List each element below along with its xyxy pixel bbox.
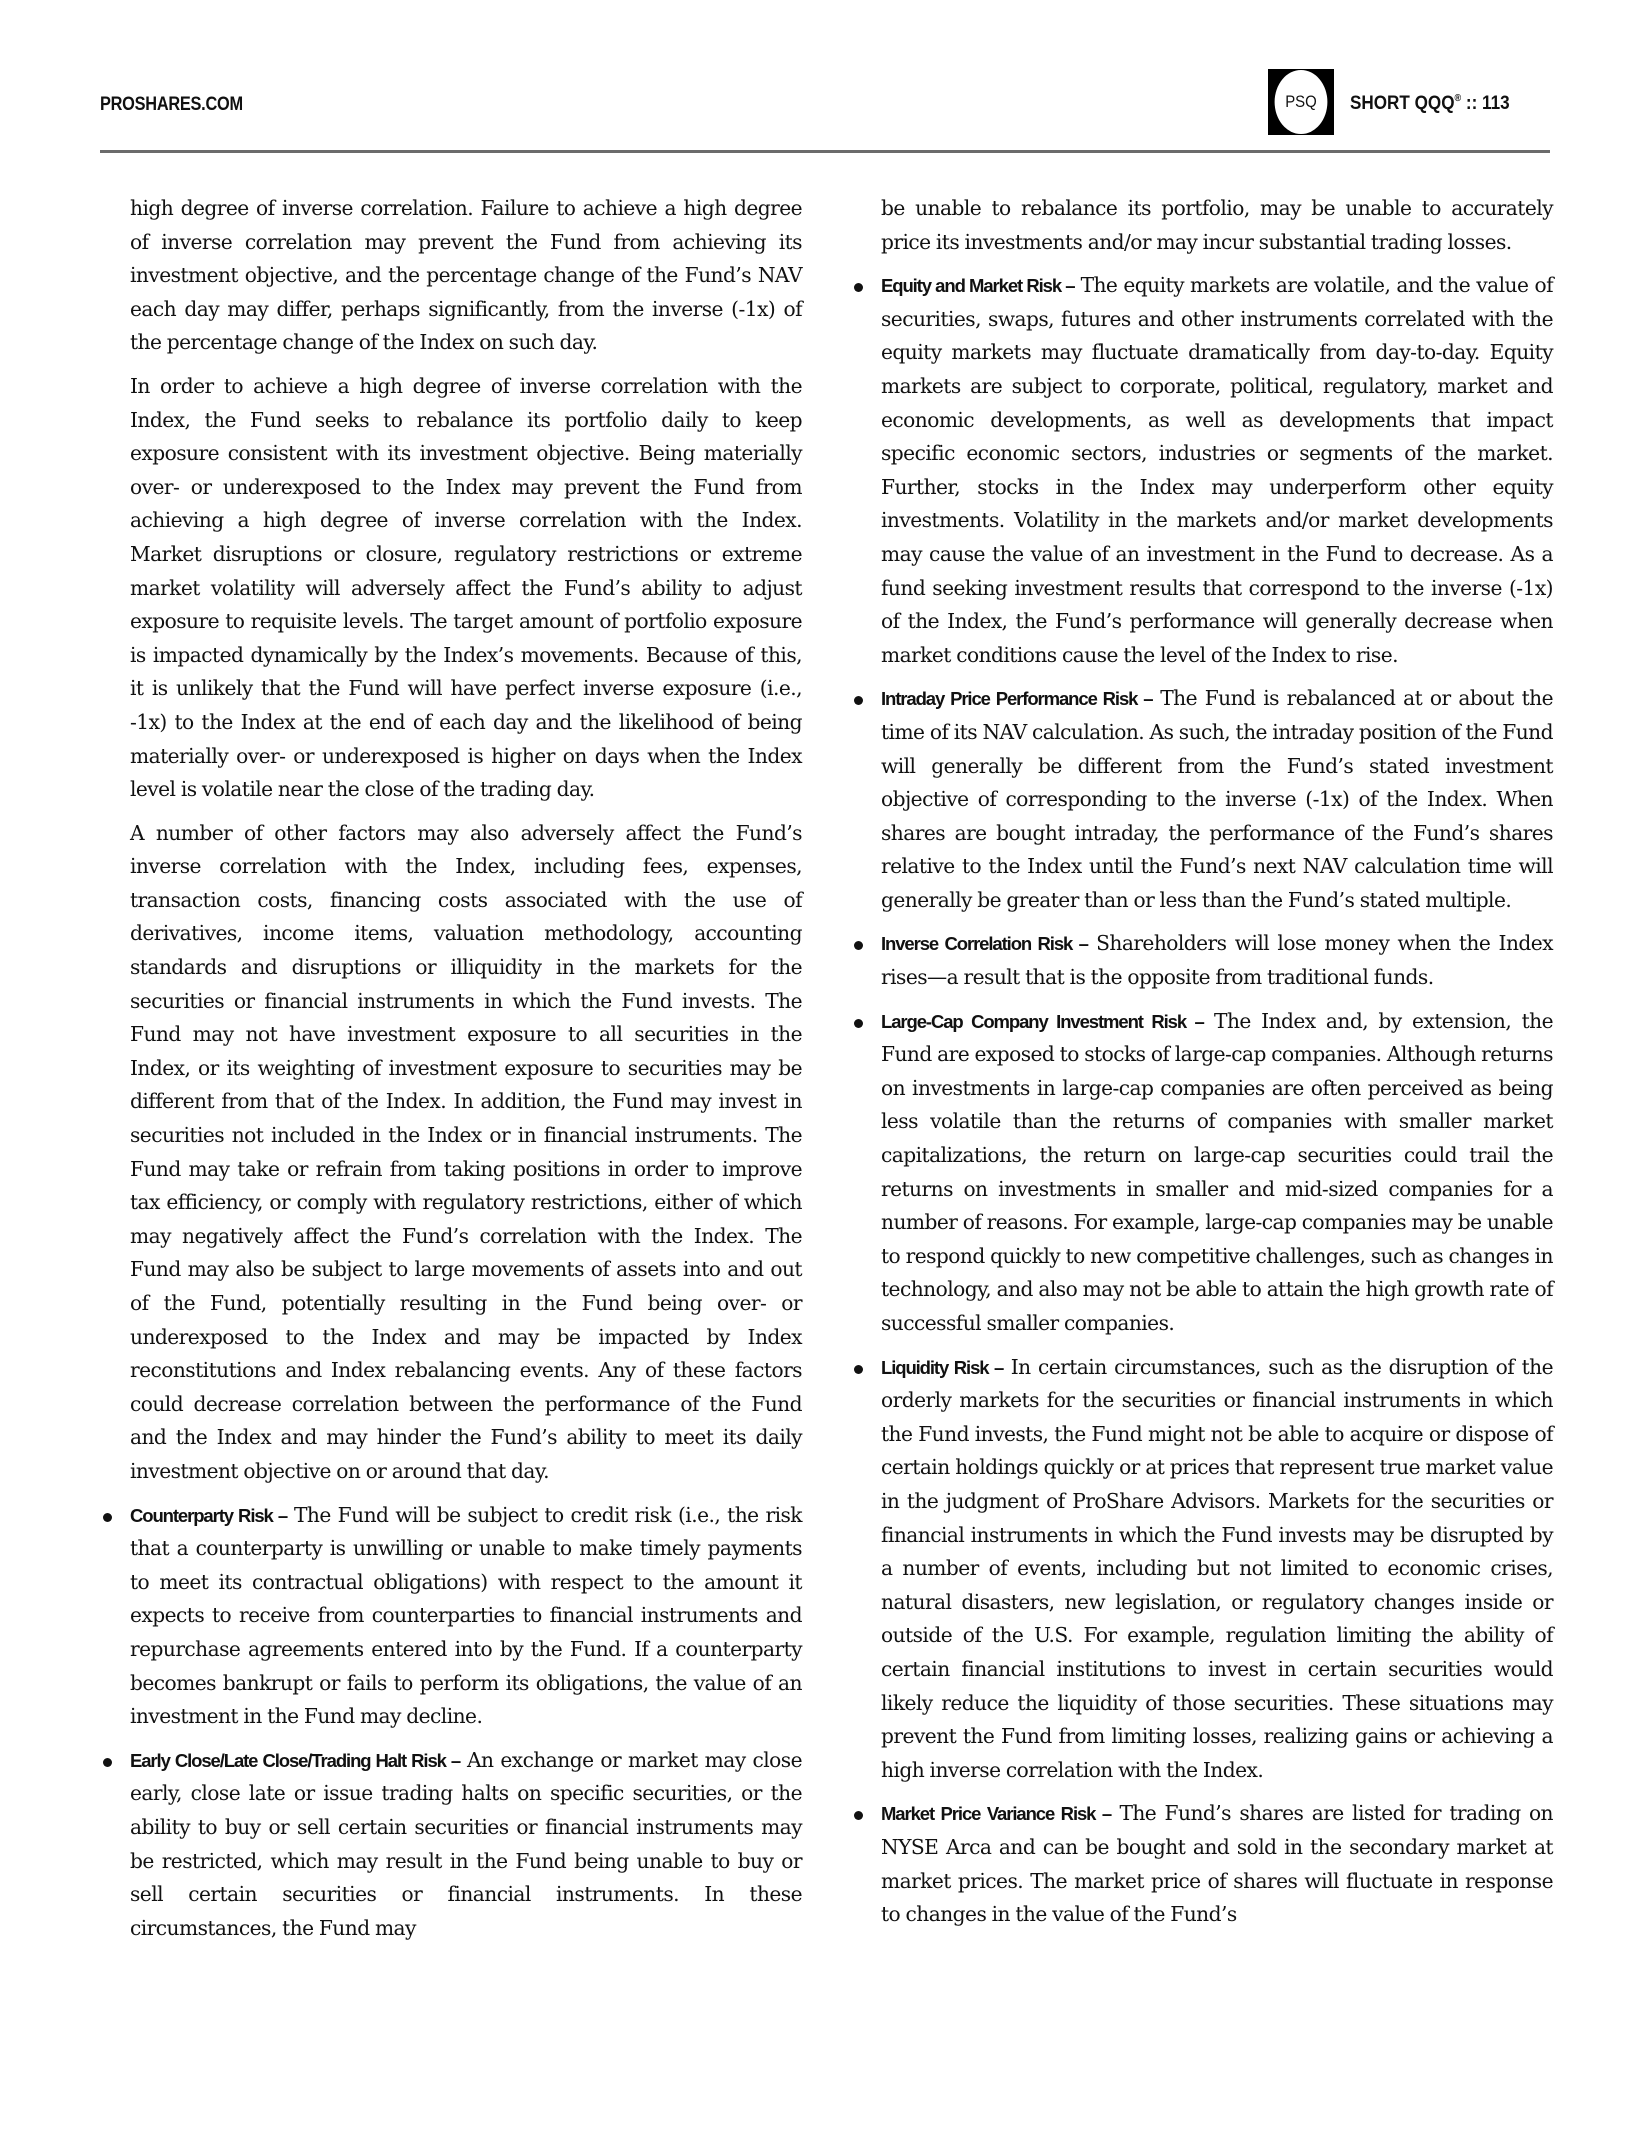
ticker-circle-icon: PSQ: [1275, 70, 1328, 134]
risk-item-inverse-correlation: Inverse Correlation Risk – Shareholders …: [881, 927, 1553, 994]
risk-text: The Fund will be subject to credit risk …: [130, 1503, 802, 1729]
bullet-icon: [854, 1019, 863, 1028]
risk-term: Counterparty Risk –: [130, 1505, 287, 1526]
risk-item-market-price-variance: Market Price Variance Risk – The Fund’s …: [881, 1797, 1553, 1931]
risk-text: An exchange or market may close early, c…: [130, 1748, 802, 1940]
registered-mark: ®: [1455, 93, 1462, 104]
bullet-icon: [854, 696, 863, 705]
right-column: be unable to rebalance its portfolio, ma…: [881, 192, 1553, 1942]
risk-item-counterparty: Counterparty Risk – The Fund will be sub…: [130, 1499, 802, 1734]
paragraph: A number of other factors may also adver…: [130, 817, 802, 1489]
risk-text: The equity markets are volatile, and the…: [881, 273, 1553, 667]
page-header: PROSHARES.COM PSQ SHORT QQQ® :: 113: [100, 0, 1550, 152]
risk-item-equity-market: Equity and Market Risk – The equity mark…: [881, 269, 1553, 672]
risk-text: The Fund is rebalanced at or about the t…: [881, 686, 1553, 912]
risk-term: Liquidity Risk –: [881, 1357, 1003, 1378]
bullet-icon: [854, 1365, 863, 1374]
left-column: high degree of inverse correlation. Fail…: [130, 192, 802, 1955]
risk-text: The Index and, by extension, the Fund ar…: [881, 1009, 1553, 1335]
paragraph: high degree of inverse correlation. Fail…: [130, 192, 802, 360]
fund-ticker-badge: PSQ: [1268, 69, 1334, 135]
risk-term: Intraday Price Performance Risk –: [881, 688, 1152, 709]
risk-term: Market Price Variance Risk –: [881, 1803, 1111, 1824]
risk-list: Counterparty Risk – The Fund will be sub…: [130, 1499, 802, 1946]
risk-term: Early Close/Late Close/Trading Halt Risk…: [130, 1750, 460, 1771]
risk-term: Equity and Market Risk –: [881, 275, 1074, 296]
bullet-icon: [103, 1758, 112, 1767]
page-number: 113: [1482, 93, 1510, 114]
risk-text: In certain circumstances, such as the di…: [881, 1355, 1553, 1782]
risk-item-large-cap: Large-Cap Company Investment Risk – The …: [881, 1005, 1553, 1341]
header-divider: [100, 150, 1550, 153]
risk-term: Inverse Correlation Risk –: [881, 933, 1088, 954]
paragraph: In order to achieve a high degree of inv…: [130, 370, 802, 807]
continuation-paragraph: be unable to rebalance its portfolio, ma…: [881, 192, 1553, 259]
site-url: PROSHARES.COM: [100, 94, 243, 116]
title-separator: ::: [1461, 93, 1482, 114]
bullet-icon: [854, 941, 863, 950]
risk-item-early-close: Early Close/Late Close/Trading Halt Risk…: [130, 1744, 802, 1946]
bullet-icon: [103, 1513, 112, 1522]
fund-name: SHORT QQQ: [1350, 93, 1455, 114]
risk-item-liquidity: Liquidity Risk – In certain circumstance…: [881, 1351, 1553, 1788]
page-title: SHORT QQQ® :: 113: [1350, 93, 1510, 115]
bullet-icon: [854, 283, 863, 292]
risk-item-intraday: Intraday Price Performance Risk – The Fu…: [881, 682, 1553, 917]
risk-term: Large-Cap Company Investment Risk –: [881, 1011, 1204, 1032]
risk-list: Equity and Market Risk – The equity mark…: [881, 269, 1553, 1932]
bullet-icon: [854, 1811, 863, 1820]
